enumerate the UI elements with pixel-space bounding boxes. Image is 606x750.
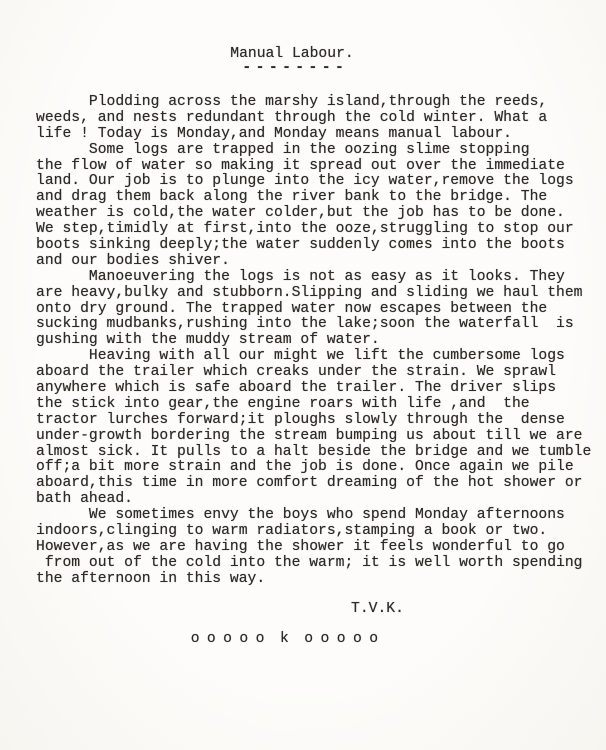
text-line: We sometimes envy the boys who spend Mon…: [36, 508, 606, 524]
text-line: and our bodies shiver.: [36, 254, 606, 270]
text-line: We step,timidly at first,into the ooze,s…: [36, 222, 606, 238]
text-line: Plodding across the marshy island,throug…: [36, 95, 606, 111]
text-line: life ! Today is Monday,and Monday means …: [36, 127, 606, 143]
paragraph-2: Some logs are trapped in the oozing slim…: [36, 143, 606, 270]
text-line: bath ahead.: [36, 492, 606, 508]
document-body: Plodding across the marshy island,throug…: [0, 95, 606, 588]
text-line: and drag them back along the river bank …: [36, 190, 606, 206]
text-line: weeds, and nests redundant through the c…: [36, 111, 606, 127]
title-underline: - - - - - - - -: [0, 63, 595, 73]
text-line: sucking mudbanks,rushing into the lake;s…: [36, 317, 606, 333]
paragraph-1: Plodding across the marshy island,throug…: [36, 95, 606, 143]
text-line: off;a bit more strain and the job is don…: [36, 460, 606, 476]
text-line: Some logs are trapped in the oozing slim…: [36, 143, 606, 159]
text-line: boots sinking deeply;the water suddenly …: [36, 238, 606, 254]
author-initials: T.V.K.: [0, 602, 606, 618]
paragraph-4: Heaving with all our might we lift the c…: [36, 349, 606, 508]
text-line: aboard the trailer which creaks under th…: [36, 365, 606, 381]
text-line: the afternoon in this way.: [36, 572, 606, 588]
text-line: gushing with the muddy stream of water.: [36, 333, 606, 349]
text-line: from out of the cold into the warm; it i…: [36, 556, 606, 572]
page-content: Manual Labour. - - - - - - - - Plodding …: [0, 0, 606, 647]
text-line: indoors,clinging to warm radiators,stamp…: [36, 524, 606, 540]
title-block: Manual Labour. - - - - - - - -: [0, 46, 595, 73]
typewritten-page: Manual Labour. - - - - - - - - Plodding …: [0, 0, 606, 750]
text-line: tractor lurches forward;it ploughs slowl…: [36, 413, 606, 429]
text-line: the stick into gear,the engine roars wit…: [36, 397, 606, 413]
text-line: aboard,this time in more comfort dreamin…: [36, 476, 606, 492]
text-line: anywhere which is safe aboard the traile…: [36, 381, 606, 397]
text-line: under-growth bordering the stream bumpin…: [36, 429, 606, 445]
text-line: However,as we are having the shower it f…: [36, 540, 606, 556]
text-line: are heavy,bulky and stubborn.Slipping an…: [36, 286, 606, 302]
text-line: Heaving with all our might we lift the c…: [36, 349, 606, 365]
text-line: land. Our job is to plunge into the icy …: [36, 174, 606, 190]
footer-ornament: o o o o o k o o o o o: [0, 632, 587, 648]
paragraph-5: We sometimes envy the boys who spend Mon…: [36, 508, 606, 587]
paragraph-3: Manoeuvering the logs is not as easy as …: [36, 270, 606, 349]
text-line: weather is cold,the water colder,but the…: [36, 206, 606, 222]
text-line: Manoeuvering the logs is not as easy as …: [36, 270, 606, 286]
